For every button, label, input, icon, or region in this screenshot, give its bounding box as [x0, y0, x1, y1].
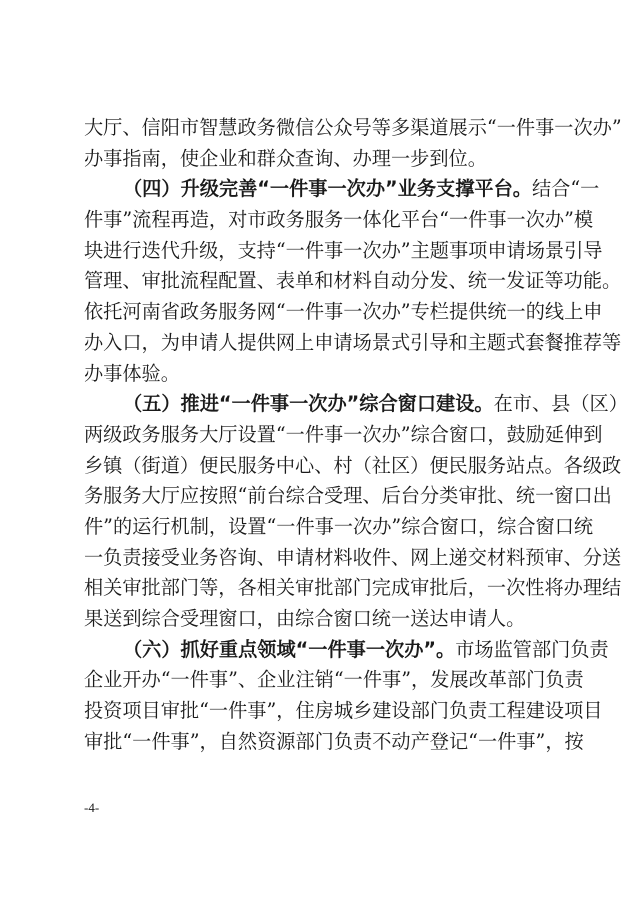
section-6-heading: （六）抓好重点领域“一件事一次办”。 — [123, 638, 455, 661]
text-line: 管理、审批流程配置、表单和材料自动分发、统一发证等功能。 — [84, 266, 556, 297]
text-line: 办入口，为申请人提供网上申请场景式引导和主题式套餐推荐等 — [84, 328, 556, 359]
section-5-heading: （五）推进“一件事一次办”综合窗口建设。 — [123, 392, 494, 415]
text-span: 结合“一 — [532, 177, 599, 200]
text-line: 件事”流程再造，对市政务服务一体化平台“一件事一次办”模 — [84, 205, 556, 236]
text-line: 件”的运行机制，设置“一件事一次办”综合窗口，综合窗口统 — [84, 512, 556, 543]
text-line: 企业开办“一件事”、企业注销“一件事”，发展改革部门负责 — [84, 665, 556, 696]
section-4-first-line: （四）升级完善“一件事一次办”业务支撑平台。结合“一 — [84, 174, 556, 205]
text-line: 一负责接受业务咨询、申请材料收件、网上递交材料预审、分送 — [84, 543, 556, 574]
text-line: 乡镇（街道）便民服务中心、村（社区）便民服务站点。各级政 — [84, 451, 556, 482]
text-line: 大厅、信阳市智慧政务微信公众号等多渠道展示“一件事一次办” — [84, 113, 556, 144]
text-line: 相关审批部门等，各相关审批部门完成审批后，一次性将办理结 — [84, 573, 556, 604]
document-page: 大厅、信阳市智慧政务微信公众号等多渠道展示“一件事一次办” 办事指南，使企业和群… — [84, 113, 556, 757]
text-line: 审批“一件事”，自然资源部门负责不动产登记“一件事”，按 — [84, 727, 556, 758]
text-line: 依托河南省政务服务网“一件事一次办”专栏提供统一的线上申 — [84, 297, 556, 328]
section-6-first-line: （六）抓好重点领域“一件事一次办”。市场监管部门负责 — [84, 635, 556, 666]
page-number: -4- — [84, 800, 99, 816]
text-line: 办事指南，使企业和群众查询、办理一步到位。 — [84, 144, 556, 175]
text-line: 务服务大厅应按照“前台综合受理、后台分类审批、统一窗口出 — [84, 481, 556, 512]
section-5-first-line: （五）推进“一件事一次办”综合窗口建设。在市、县（区） — [84, 389, 556, 420]
text-line: 两级政务服务大厅设置“一件事一次办”综合窗口，鼓励延伸到 — [84, 420, 556, 451]
text-span: 市场监管部门负责 — [455, 638, 609, 661]
section-4-heading: （四）升级完善“一件事一次办”业务支撑平台。 — [123, 177, 532, 200]
text-line: 投资项目审批“一件事”，住房城乡建设部门负责工程建设项目 — [84, 696, 556, 727]
text-span: 在市、县（区） — [494, 392, 628, 415]
text-line: 办事体验。 — [84, 359, 556, 390]
text-line: 块进行迭代升级，支持“一件事一次办”主题事项申请场景引导 — [84, 236, 556, 267]
text-line: 果送到综合受理窗口，由综合窗口统一送达申请人。 — [84, 604, 556, 635]
